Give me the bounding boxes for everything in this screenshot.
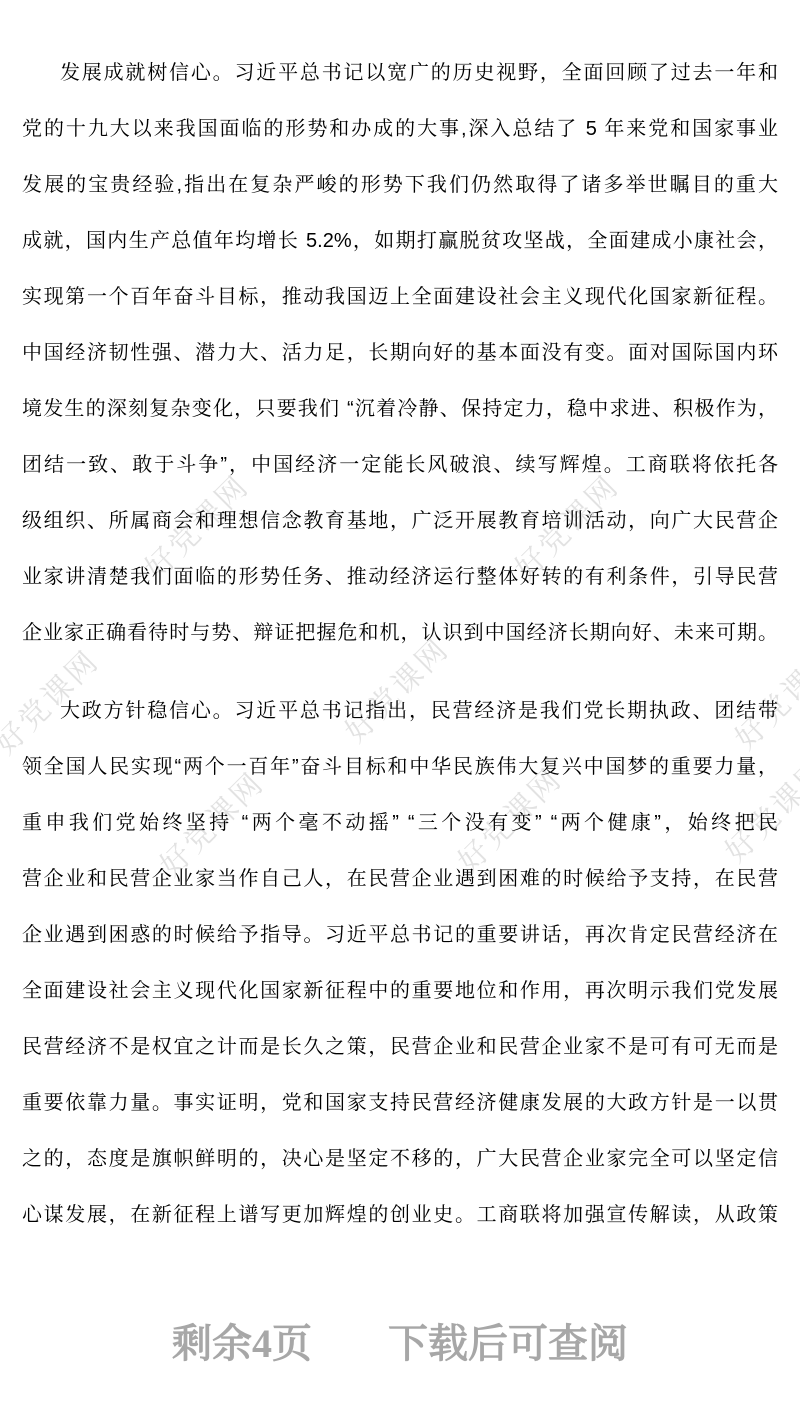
- paragraph-line: 发展的宝贵经验,指出在复杂严峻的形势下我们仍然取得了诸多举世瞩目的重大: [22, 157, 778, 213]
- paragraph-line: 团结一致、敢于斗争”，中国经济一定能长风破浪、续写辉煌。工商联将依托各: [22, 437, 778, 493]
- pages-remaining-text: 剩余4页: [172, 1321, 312, 1366]
- paragraph-line: 境发生的深刻复杂变化，只要我们 “沉着冷静、保持定力，稳中求进、积极作为，: [22, 381, 778, 437]
- paragraph: 大政方针稳信心。习近平总书记指出，民营经济是我们党长期执政、团结带领全国人民实现…: [22, 683, 778, 1243]
- footer-notice: 剩余4页 下载后可查阅: [0, 1321, 800, 1367]
- download-hint-text: 下载后可查阅: [388, 1321, 628, 1366]
- document-page: 好党课网好党课网好党课网好党课网好党课网好党课网好党课网好党课网 发展成就树信心…: [0, 0, 800, 1426]
- paragraph-line: 民营经济不是权宜之计而是长久之策，民营企业和民营企业家不是可有可无而是: [22, 1019, 778, 1075]
- paragraph-line: 重要依靠力量。事实证明，党和国家支持民营经济健康发展的大政方针是一以贯: [22, 1075, 778, 1131]
- paragraph-line: 中国经济韧性强、潜力大、活力足，长期向好的基本面没有变。面对国际国内环: [22, 325, 778, 381]
- paragraph-line: 实现第一个百年奋斗目标，推动我国迈上全面建设社会主义现代化国家新征程。: [22, 269, 778, 325]
- paragraph-line: 级组织、所属商会和理想信念教育基地，广泛开展教育培训活动，向广大民营企: [22, 493, 778, 549]
- paragraph-line: 企业家正确看待时与势、辩证把握危和机，认识到中国经济长期向好、未来可期。: [22, 605, 778, 661]
- paragraph: 发展成就树信心。习近平总书记以宽广的历史视野，全面回顾了过去一年和党的十九大以来…: [22, 45, 778, 661]
- paragraph-line: 之的，态度是旗帜鲜明的，决心是坚定不移的，广大民营企业家完全可以坚定信: [22, 1131, 778, 1187]
- paragraph-line: 发展成就树信心。习近平总书记以宽广的历史视野，全面回顾了过去一年和: [22, 45, 778, 101]
- paragraph-line: 大政方针稳信心。习近平总书记指出，民营经济是我们党长期执政、团结带: [22, 683, 778, 739]
- paragraph-line: 全面建设社会主义现代化国家新征程中的重要地位和作用，再次明示我们党发展: [22, 963, 778, 1019]
- paragraph-line: 重申我们党始终坚持 “两个毫不动摇” “三个没有变” “两个健康”，始终把民: [22, 795, 778, 851]
- document-content: 发展成就树信心。习近平总书记以宽广的历史视野，全面回顾了过去一年和党的十九大以来…: [0, 0, 800, 1243]
- paragraph-line: 营企业和民营企业家当作自己人，在民营企业遇到困难的时候给予支持，在民营: [22, 851, 778, 907]
- paragraph-line: 心谋发展，在新征程上谱写更加辉煌的创业史。工商联将加强宣传解读，从政策: [22, 1187, 778, 1243]
- paragraph-line: 企业遇到困惑的时候给予指导。习近平总书记的重要讲话，再次肯定民营经济在: [22, 907, 778, 963]
- paragraph-line: 业家讲清楚我们面临的形势任务、推动经济运行整体好转的有利条件，引导民营: [22, 549, 778, 605]
- paragraph-line: 领全国人民实现“两个一百年”奋斗目标和中华民族伟大复兴中国梦的重要力量，: [22, 739, 778, 795]
- paragraph-line: 党的十九大以来我国面临的形势和办成的大事,深入总结了 5 年来党和国家事业: [22, 101, 778, 157]
- paragraph-line: 成就，国内生产总值年均增长 5.2%，如期打赢脱贫攻坚战，全面建成小康社会，: [22, 213, 778, 269]
